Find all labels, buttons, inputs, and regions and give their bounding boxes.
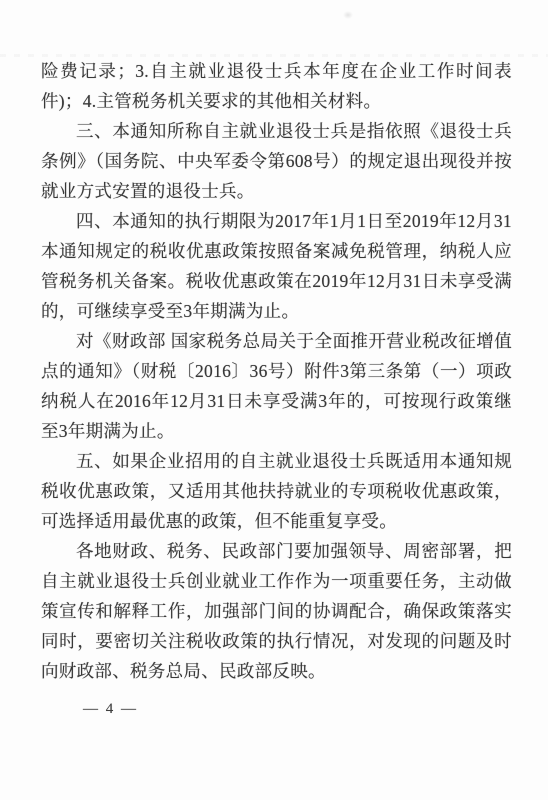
text-line: 本通知规定的税收优惠政策按照备案减免税管理，纳税人应向主	[41, 236, 512, 266]
text-line: 各地财政、税务、民政部门要加强领导、周密部署，把扶持	[41, 536, 512, 566]
text-line: 的，可继续享受至3年期满为止。	[41, 296, 512, 326]
text-line: 险费记录；3.自主就业退役士兵本年度在企业工作时间表（见附	[41, 56, 512, 86]
text-line: 就业方式安置的退役士兵。	[41, 176, 512, 206]
text-line: 同时，要密切关注税收政策的执行情况，对发现的问题及时逐级	[41, 626, 512, 656]
text-line: 自主就业退役士兵创业就业工作作为一项重要任务，主动做好政	[41, 566, 512, 596]
text-line: 四、本通知的执行期限为2017年1月1日至2019年12月31日。	[41, 206, 512, 236]
text-line: 对《财政部 国家税务总局关于全面推开营业税改征增值税试	[41, 326, 512, 356]
text-line: 策宣传和解释工作，加强部门间的协调配合，确保政策落实到位。	[41, 596, 512, 626]
text-line: 纳税人在2016年12月31日未享受满3年的，可按现行政策继续享受	[41, 386, 512, 416]
text-line: 至3年期满为止。	[41, 416, 512, 446]
text-line: 向财政部、税务总局、民政部反映。	[41, 656, 512, 686]
page-number: — 4 —	[83, 700, 138, 718]
scan-artifact	[343, 11, 353, 19]
text-line: 税收优惠政策，又适用其他扶持就业的专项税收优惠政策，企业	[41, 476, 512, 506]
document-body: 险费记录；3.自主就业退役士兵本年度在企业工作时间表（见附 件)；4.主管税务机…	[41, 56, 512, 686]
text-line: 五、如果企业招用的自主就业退役士兵既适用本通知规定的	[41, 446, 512, 476]
text-line: 可选择适用最优惠的政策，但不能重复享受。	[41, 506, 512, 536]
text-line: 点的通知》（财税〔2016〕36号）附件3第三条第（一）项政策，	[41, 356, 512, 386]
text-line: 三、本通知所称自主就业退役士兵是指依照《退役士兵安置	[41, 116, 512, 146]
text-line: 条例》（国务院、中央军委令第608号）的规定退出现役并按自主	[41, 146, 512, 176]
scanned-document-page: 险费记录；3.自主就业退役士兵本年度在企业工作时间表（见附 件)；4.主管税务机…	[0, 0, 548, 800]
text-line: 件)；4.主管税务机关要求的其他相关材料。	[41, 86, 512, 116]
text-line: 管税务机关备案。税收优惠政策在2019年12月31日未享受满3年	[41, 266, 512, 296]
